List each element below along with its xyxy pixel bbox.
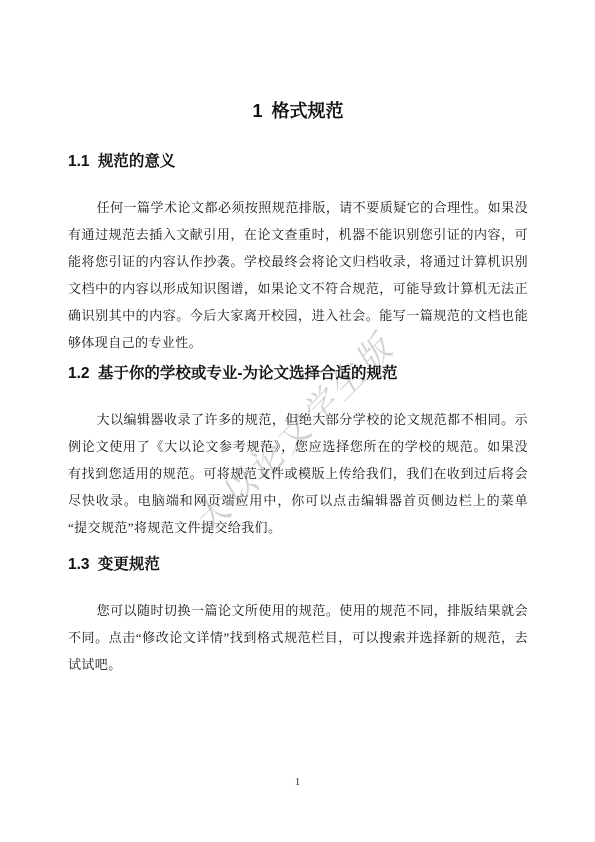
- chapter-title: 1 格式规范: [68, 98, 528, 124]
- paragraph-1-3: 您可以随时切换一篇论文所使用的规范。使用的规范不同，排版结果就会不同。点击“修改…: [68, 597, 528, 678]
- section-heading-1-3: 1.3 变更规范: [68, 553, 528, 577]
- page-number: 1: [0, 776, 595, 788]
- section-heading-1-2: 1.2 基于你的学校或专业-为论文选择合适的规范: [68, 362, 528, 386]
- section-heading-1-1: 1.1 规范的意义: [68, 150, 528, 174]
- document-page: 大以论文学生版 1 格式规范 1.1 规范的意义 任何一篇学术论文都必须按照规范…: [0, 0, 595, 842]
- paragraph-1-1: 任何一篇学术论文都必须按照规范排版，请不要质疑它的合理性。如果没有通过规范去插入…: [68, 194, 528, 356]
- paragraph-1-2: 大以编辑器收录了许多的规范，但绝大部分学校的论文规范都不相同。示例论文使用了《大…: [68, 406, 528, 541]
- page-content: 1 格式规范 1.1 规范的意义 任何一篇学术论文都必须按照规范排版，请不要质疑…: [68, 0, 528, 678]
